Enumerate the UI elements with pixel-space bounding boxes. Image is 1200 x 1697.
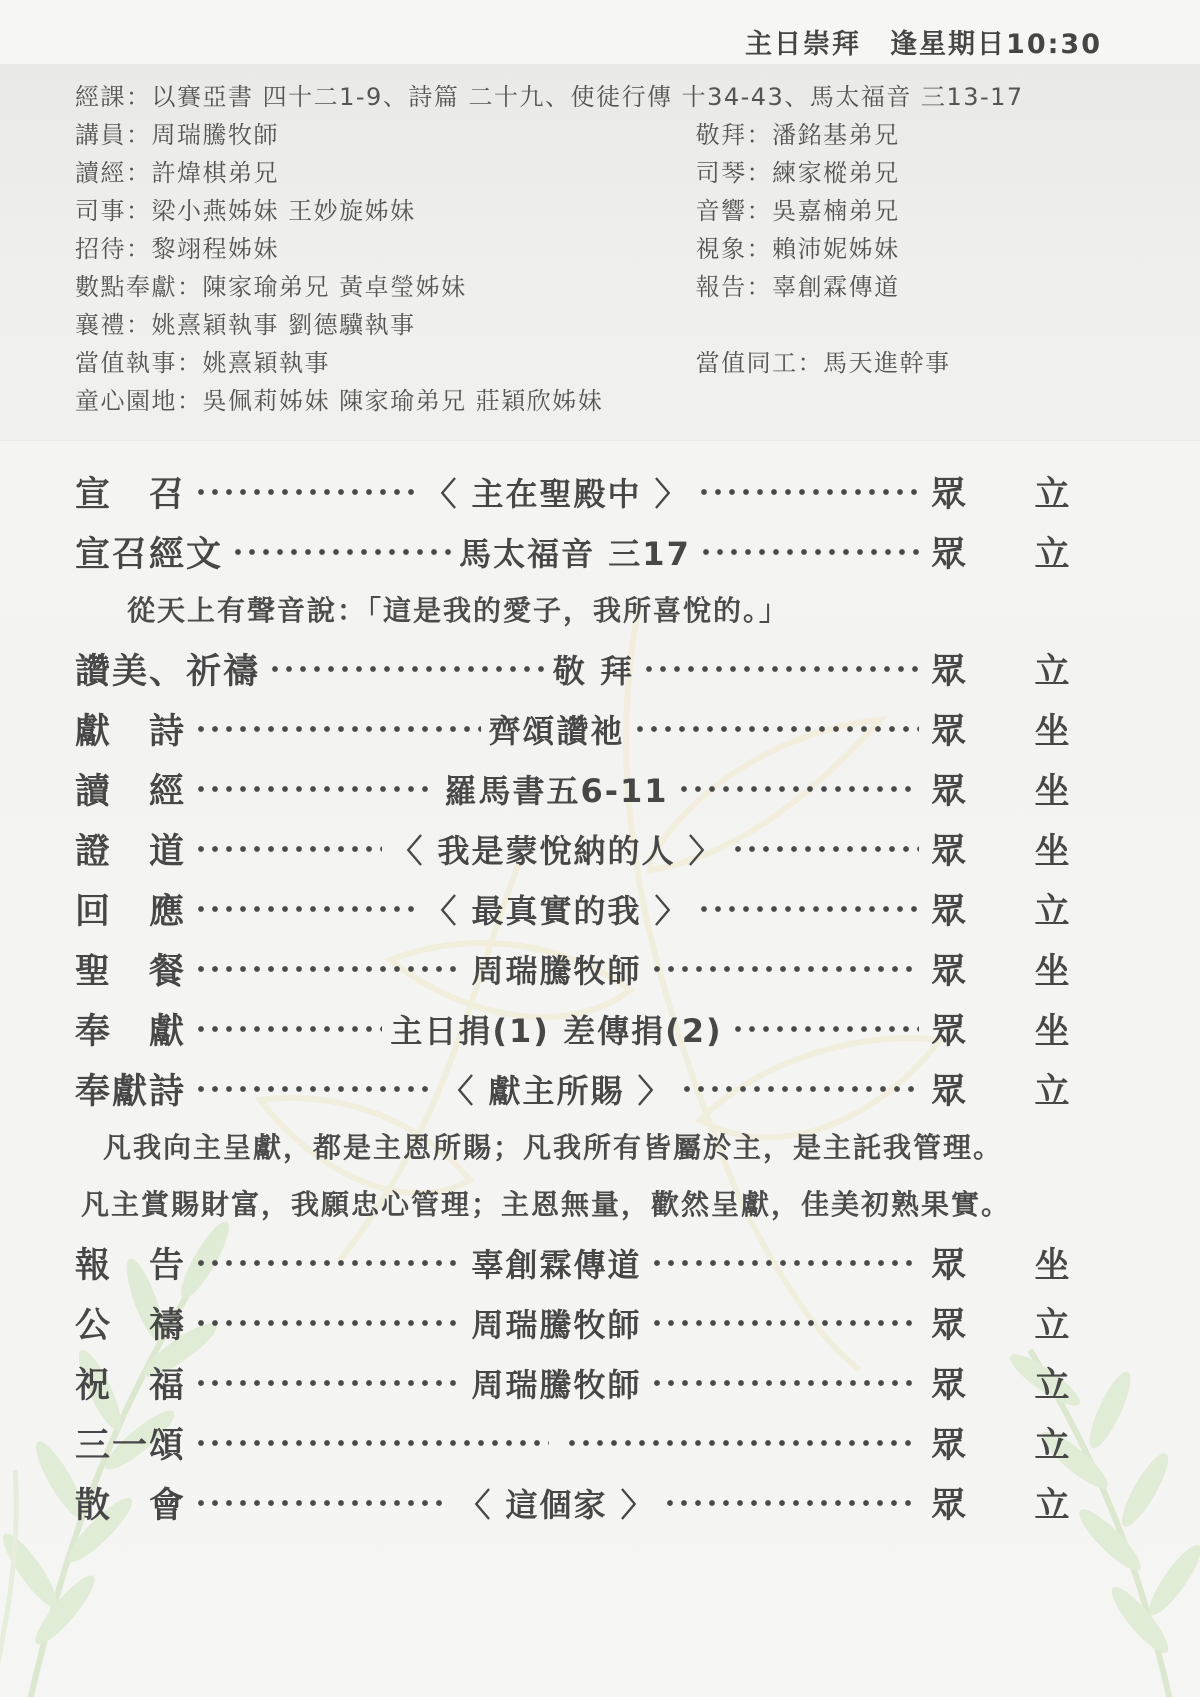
congregation-label: 眾 (931, 1298, 966, 1348)
dot-leader (194, 1069, 433, 1109)
dot-leader (268, 649, 545, 689)
service-item-communion: 聖 餐 周瑞騰牧師 眾 坐 (75, 939, 1072, 999)
role-label: 當值同工 (696, 349, 798, 377)
role-value: 吳嘉楠弟兄 (772, 197, 900, 225)
posture-label: 立 (1032, 1358, 1072, 1408)
separator: ： (747, 159, 773, 187)
role-value: 練家樅弟兄 (772, 159, 900, 187)
separator: ： (126, 197, 152, 225)
separator: ： (177, 273, 203, 301)
service-item-content: 〈 我是蒙悅納的人 〉 (390, 826, 722, 872)
role-label: 童心園地 (75, 387, 177, 415)
lectionary-label: 經課 (75, 83, 126, 111)
congregation-label: 眾 (931, 884, 966, 934)
congregation-label: 眾 (931, 1064, 966, 1114)
service-item-benediction: 祝 福 周瑞騰牧師 眾 立 (75, 1353, 1072, 1413)
service-item-label: 公 禱 (75, 1298, 186, 1348)
offertory-hymn-verse-1: 凡我向主呈獻，都是主恩所賜；凡我所有皆屬於主，是主託我管理。 (75, 1119, 1072, 1176)
dot-leader (194, 949, 463, 989)
page-title: 主日崇拜 逢星期日10:30 (0, 22, 1102, 61)
service-item-label: 讚美、祈禱 (75, 644, 260, 694)
role-label: 司事 (75, 197, 126, 225)
dot-leader (697, 472, 919, 512)
dot-leader (633, 709, 919, 749)
posture-label: 坐 (1032, 1238, 1072, 1288)
service-item-label: 三一頌 (75, 1418, 186, 1468)
posture-label: 立 (1032, 527, 1072, 577)
congregation-label: 眾 (931, 944, 966, 994)
service-item-label: 奉獻詩 (75, 1064, 186, 1114)
service-item-announcements: 報 告 辜創霖傳道 眾 坐 (75, 1233, 1072, 1293)
congregation-label: 眾 (931, 1418, 966, 1468)
service-item-scripture-reading: 讀 經 羅馬書五6-11 眾 坐 (75, 759, 1072, 819)
dot-leader (194, 769, 436, 809)
roster-row: 數點奉獻：陳家瑜弟兄 黃卓瑩姊妹 報告：辜創霖傳道 (75, 268, 1145, 306)
dot-leader (194, 1423, 548, 1463)
service-item-content: 〈 獻主所賜 〉 (441, 1066, 671, 1112)
separator: ： (126, 235, 152, 263)
dot-leader (677, 769, 919, 809)
posture-label: 立 (1032, 1064, 1072, 1114)
separator: ： (747, 121, 773, 149)
role-label: 敬拜 (696, 121, 747, 149)
dot-leader (650, 1363, 919, 1403)
lectionary-value: 以賽亞書 四十二1-9、詩篇 二十九、使徒行傳 十34-43、馬太福音 三13-… (152, 83, 1024, 111)
posture-label: 立 (1032, 1298, 1072, 1348)
posture-label: 坐 (1032, 704, 1072, 754)
dot-leader (680, 1069, 919, 1109)
dot-leader (194, 889, 416, 929)
separator: ： (177, 349, 203, 377)
congregation-label: 眾 (931, 467, 966, 517)
service-item-call-scripture: 宣召經文 馬太福音 三17 眾 立 (75, 522, 1072, 582)
dot-leader (650, 1303, 919, 1343)
roster-row: 講員：周瑞騰牧師 敬拜：潘銘基弟兄 (75, 116, 1145, 154)
dot-leader (699, 532, 919, 572)
service-item-content: 辜創霖傳道 (472, 1240, 642, 1286)
service-item-label: 回 應 (75, 884, 186, 934)
dot-leader (650, 949, 919, 989)
service-item-label: 祝 福 (75, 1358, 186, 1408)
service-item-content: 〈 最真實的我 〉 (424, 886, 688, 932)
dot-leader (194, 472, 416, 512)
posture-label: 立 (1032, 884, 1072, 934)
service-roster: 經課：以賽亞書 四十二1-9、詩篇 二十九、使徒行傳 十34-43、馬太福音 三… (0, 64, 1200, 440)
posture-label: 坐 (1032, 1004, 1072, 1054)
role-label: 數點奉獻 (75, 273, 177, 301)
roster-row: 襄禮：姚熹穎執事 劉德驥執事 (75, 306, 1145, 344)
role-label: 講員 (75, 121, 126, 149)
service-item-label: 散 會 (75, 1478, 186, 1528)
dot-leader (731, 1009, 919, 1049)
role-label: 視象 (696, 235, 747, 263)
role-value: 陳家瑜弟兄 黃卓瑩姊妹 (203, 273, 467, 301)
dot-leader (642, 649, 919, 689)
dot-leader (194, 1363, 463, 1403)
role-value: 吳佩莉姊妹 陳家瑜弟兄 莊穎欣姊妹 (203, 387, 604, 415)
dot-leader (650, 1243, 919, 1283)
service-item-offering: 奉 獻 主日捐(1) 差傳捐(2) 眾 坐 (75, 999, 1072, 1059)
separator: ： (126, 121, 152, 149)
roster-row: 招待：黎翊程姊妹 視象：賴沛妮姊妹 (75, 230, 1145, 268)
separator: ： (177, 387, 203, 415)
dot-leader (194, 1009, 382, 1049)
dot-leader (565, 1423, 919, 1463)
service-item-public-prayer: 公 禱 周瑞騰牧師 眾 立 (75, 1293, 1072, 1353)
posture-label: 立 (1032, 467, 1072, 517)
service-item-offertory-hymn: 奉獻詩 〈 獻主所賜 〉 眾 立 (75, 1059, 1072, 1119)
role-label: 讀經 (75, 159, 126, 187)
dot-leader (731, 829, 919, 869)
role-label: 司琴 (696, 159, 747, 187)
dot-leader (231, 532, 451, 572)
service-item-label: 奉 獻 (75, 1004, 186, 1054)
service-item-label: 聖 餐 (75, 944, 186, 994)
separator: ： (126, 83, 152, 111)
roster-row: 司事：梁小燕姊妹 王妙旋姊妹 音響：吳嘉楠弟兄 (75, 192, 1145, 230)
congregation-label: 眾 (931, 1238, 966, 1288)
posture-label: 坐 (1032, 764, 1072, 814)
roster-row: 讀經：許煒棋弟兄 司琴：練家樅弟兄 (75, 154, 1145, 192)
service-item-content: 馬太福音 三17 (459, 529, 691, 575)
roster-row: 童心園地：吳佩莉姊妹 陳家瑜弟兄 莊穎欣姊妹 (75, 382, 1145, 420)
role-value: 姚熹穎執事 劉德驥執事 (152, 311, 416, 339)
role-label: 音響 (696, 197, 747, 225)
role-value: 馬天進幹事 (823, 349, 951, 377)
service-item-content: 周瑞騰牧師 (472, 1300, 642, 1346)
service-item-sermon: 證 道 〈 我是蒙悅納的人 〉 眾 坐 (75, 819, 1072, 879)
service-item-content: 敬 拜 (553, 646, 634, 692)
lectionary-line: 經課：以賽亞書 四十二1-9、詩篇 二十九、使徒行傳 十34-43、馬太福音 三… (75, 78, 1145, 116)
service-item-label: 讀 經 (75, 764, 186, 814)
separator: ： (798, 349, 824, 377)
separator: ： (747, 197, 773, 225)
service-item-call-to-worship: 宣 召 〈 主在聖殿中 〉 眾 立 (75, 462, 1072, 522)
service-item-label: 證 道 (75, 824, 186, 874)
posture-label: 坐 (1032, 824, 1072, 874)
offertory-hymn-verse-2: 凡主賞賜財富，我願忠心管理；主恩無量，歡然呈獻，佳美初熟果實。 (75, 1176, 1072, 1233)
service-item-content: 主日捐(1) 差傳捐(2) (390, 1006, 722, 1052)
role-value: 潘銘基弟兄 (772, 121, 900, 149)
role-value: 周瑞騰牧師 (152, 121, 280, 149)
congregation-label: 眾 (931, 1004, 966, 1054)
dot-leader (663, 1483, 919, 1523)
service-item-label: 獻 詩 (75, 704, 186, 754)
roster-row: 當值執事：姚熹穎執事 當值同工：馬天進幹事 (75, 344, 1145, 382)
service-item-content: 周瑞騰牧師 (472, 1360, 642, 1406)
separator: ： (126, 311, 152, 339)
separator: ： (747, 235, 773, 263)
service-item-content: 齊頌讚祂 (489, 706, 625, 752)
congregation-label: 眾 (931, 644, 966, 694)
dot-leader (194, 1243, 463, 1283)
service-item-content: 周瑞騰牧師 (472, 946, 642, 992)
role-value: 黎翊程姊妹 (152, 235, 280, 263)
service-item-label: 報 告 (75, 1238, 186, 1288)
service-item-doxology: 三一頌 眾 立 (75, 1413, 1072, 1473)
congregation-label: 眾 (931, 527, 966, 577)
service-item-praise-prayer: 讚美、祈禱 敬 拜 眾 立 (75, 639, 1072, 699)
congregation-label: 眾 (931, 1478, 966, 1528)
service-item-content: 〈 這個家 〉 (458, 1480, 654, 1526)
service-item-label: 宣 召 (75, 467, 186, 517)
role-value: 辜創霖傳道 (772, 273, 900, 301)
posture-label: 坐 (1032, 944, 1072, 994)
order-of-service: 宣 召 〈 主在聖殿中 〉 眾 立 宣召經文 馬太福音 三17 眾 立 從天上有… (0, 448, 1200, 1533)
congregation-label: 眾 (931, 1358, 966, 1408)
role-label: 襄禮 (75, 311, 126, 339)
role-label: 當值執事 (75, 349, 177, 377)
role-value: 許煒棋弟兄 (152, 159, 280, 187)
dot-leader (194, 829, 382, 869)
role-value: 姚熹穎執事 (203, 349, 331, 377)
posture-label: 立 (1032, 1478, 1072, 1528)
service-item-response: 回 應 〈 最真實的我 〉 眾 立 (75, 879, 1072, 939)
service-item-anthem: 獻 詩 齊頌讚祂 眾 坐 (75, 699, 1072, 759)
posture-label: 立 (1032, 644, 1072, 694)
service-item-dismissal: 散 會 〈 這個家 〉 眾 立 (75, 1473, 1072, 1533)
dot-leader (194, 709, 480, 749)
service-item-label: 宣召經文 (75, 527, 223, 577)
dot-leader (194, 1303, 463, 1343)
dot-leader (194, 1483, 450, 1523)
dot-leader (697, 889, 919, 929)
role-value: 賴沛妮姊妹 (772, 235, 900, 263)
service-item-content: 羅馬書五6-11 (444, 766, 668, 812)
congregation-label: 眾 (931, 704, 966, 754)
separator: ： (126, 159, 152, 187)
role-value: 梁小燕姊妹 王妙旋姊妹 (152, 197, 416, 225)
posture-label: 立 (1032, 1418, 1072, 1468)
service-item-content: 〈 主在聖殿中 〉 (424, 469, 688, 515)
role-label: 報告 (696, 273, 747, 301)
congregation-label: 眾 (931, 824, 966, 874)
congregation-label: 眾 (931, 764, 966, 814)
separator: ： (747, 273, 773, 301)
role-label: 招待 (75, 235, 126, 263)
call-scripture-quote: 從天上有聲音說：「這是我的愛子，我所喜悅的。」 (75, 582, 1072, 639)
